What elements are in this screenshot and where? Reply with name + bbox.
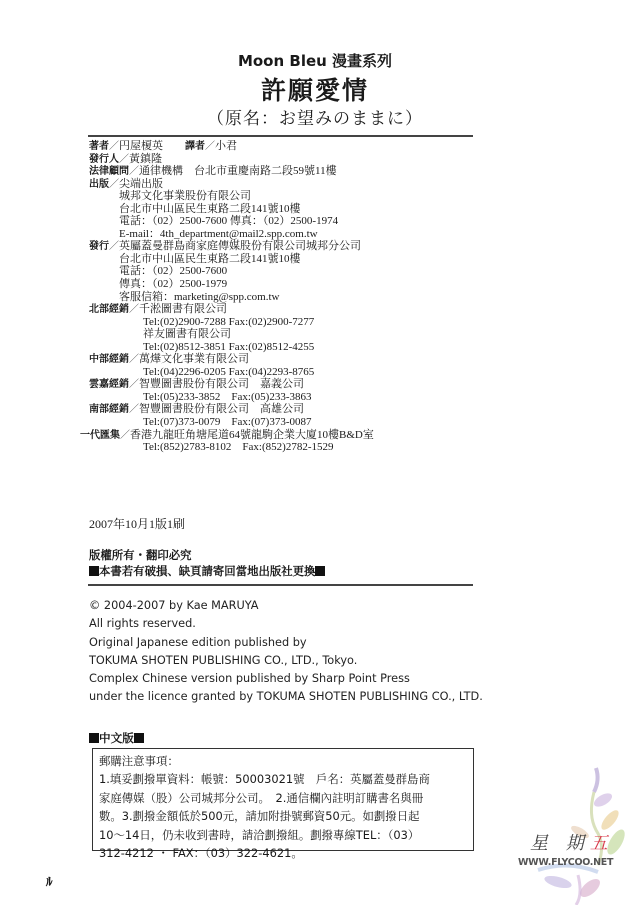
translator-name: 小君 [215,140,237,152]
distributor-line: Tel:(02)8512-3851 Fax:(02)8512-4255 [89,341,374,354]
rights-notice: 版權所有・翻印必究 本書若有破損、缺頁請寄回當地出版社更換 [89,547,325,579]
credit-distribute-row: 發行／英屬蓋曼群島商家庭傳媒股份有限公司城邦分公司 [89,240,374,253]
edition-date: 2007年10月1版1刷 [89,515,185,532]
copyright-line: © 2004-2007 by Kae MARUYA [89,597,483,615]
copyright-block: © 2004-2007 by Kae MARUYA All rights res… [89,597,483,707]
distribute-line: 傳真：（02）2500-1979 [89,278,374,291]
legal-value: 通律機構 台北市重慶南路二段59號11樓 [139,165,337,177]
notice-line: 家庭傳媒（股）公司城邦分公司。 2.通信欄內註明訂購書名與冊 [99,789,471,807]
author-label: 著者 [89,141,109,152]
credit-publish-row: 出版／尖端出版 [89,178,374,191]
distributor-line: Tel:(07)373-0079 Fax:(07)373-0087 [89,416,374,429]
separator: ／ [120,430,130,441]
distributor-line: Tel:(852)2783-8102 Fax:(852)2782-1529 [89,441,374,454]
square-bullet-icon [134,733,144,743]
distributor-name: 智豐圖書股份有限公司 高雄公司 [139,403,304,415]
distribute-line: 台北市中山區民生東路二段141號10樓 [89,253,374,266]
distributor-line: Tel:(05)233-3852 Fax:(05)233-3863 [89,391,374,404]
series-name: Moon Bleu 漫畫系列 [0,50,630,71]
middle-divider [88,584,473,586]
credit-legal-row: 法律顧問／通律機構 台北市重慶南路二段59號11樓 [89,165,374,178]
copyright-line: under the licence granted by TOKUMA SHOT… [89,688,483,706]
notice-line: 數。3.劃撥金額低於500元，請加附掛號郵資50元。如劃撥日起 [99,807,471,825]
separator: ／ [129,354,139,365]
chinese-edition-label: 中文版 [89,730,144,746]
publish-line: 電話：（02）2500-7600 傳真：（02）2500-1974 [89,215,374,228]
credit-publisher-person-row: 發行人／黃鎮隆 [89,153,374,166]
mail-order-notice: 郵購注意事項： 1.填妥劃撥單資料：帳號：50003021號 戶名：英屬蓋曼群島… [99,752,471,862]
distributor-name: 智豐圖書股份有限公司 嘉義公司 [139,378,304,390]
publish-line: 城邦文化事業股份有限公司 [89,190,374,203]
author-name: 円屋榎英 [119,140,163,152]
square-bullet-icon [89,566,99,576]
separator: ／ [129,304,139,315]
publish-email: E-mail：4th_department@mail2.spp.com.tw [89,228,374,241]
rights-line-2: 本書若有破損、缺頁請寄回當地出版社更換 [99,564,315,578]
copyright-line: Original Japanese edition published by [89,634,483,652]
watermark-chinese: 星 期五 [530,829,614,855]
notice-line: 10～14日，仍未收到書時，請洽劃撥組。劃撥專線TEL：（03） [99,826,471,844]
distributor-line: Tel:(02)2900-7288 Fax:(02)2900-7277 [89,316,374,329]
rights-line-1: 版權所有・翻印必究 [89,547,325,563]
watermark-url: WWW.FLYCOO.NET [518,857,613,868]
credits-block: 著者／円屋榎英譯者／小君 發行人／黃鎮隆 法律顧問／通律機構 台北市重慶南路二段… [89,140,374,454]
separator: ／ [109,179,119,190]
square-bullet-icon [89,733,99,743]
distributor-name: 萬燁文化事業有限公司 [139,353,249,365]
distributor-south-row: 南部經銷／智豐圖書股份有限公司 高雄公司 [89,403,374,416]
top-divider [88,135,473,137]
distributor-yunjia-row: 雲嘉經銷／智豐圖書股份有限公司 嘉義公司 [89,378,374,391]
publisher-person-label: 發行人 [89,154,119,165]
distributor-name: 千淞圖書有限公司 [139,303,227,315]
legal-label: 法律顧問 [89,166,129,177]
separator: ／ [205,141,215,152]
distributor-label: 一代匯集 [80,430,120,441]
notice-line: 1.填妥劃撥單資料：帳號：50003021號 戶名：英屬蓋曼群島商 [99,770,471,788]
notice-line: 312-4212 ・ FAX：（03）322-4621。 [99,844,471,862]
chinese-edition-text: 中文版 [99,731,134,745]
original-title: （原名：お望みのままに） [0,104,630,129]
notice-line: 郵購注意事項： [99,752,471,770]
distribute-line: 電話：（02）2500-7600 [89,265,374,278]
publish-label: 出版 [89,179,109,190]
book-title: 許願愛情 [0,71,630,107]
translator-label: 譯者 [185,141,205,152]
distributor-hk-row: 一代匯集／香港九龍旺角塘尾道64號龍駒企業大廈10樓B&D室 [80,429,374,442]
distributor-central-row: 中部經銷／萬燁文化事業有限公司 [89,353,374,366]
distributor-label: 北部經銷 [89,304,129,315]
publisher-person: 黃鎮隆 [129,153,162,165]
copyright-line: Complex Chinese version published by Sha… [89,670,483,688]
distributor-label: 南部經銷 [89,404,129,415]
distribute-email: 客服信箱：marketing@spp.com.tw [89,291,374,304]
watermark-chinese-a: 星 期 [530,833,590,854]
distributor-label: 中部經銷 [89,354,129,365]
separator: ／ [129,166,139,177]
copyright-line: TOKUMA SHOTEN PUBLISHING CO., LTD., Toky… [89,652,483,670]
distribute-value: 英屬蓋曼群島商家庭傳媒股份有限公司城邦分公司 [119,240,361,252]
copyright-line: All rights reserved. [89,615,483,633]
square-bullet-icon [315,566,325,576]
separator: ／ [109,141,119,152]
distributor-north-row: 北部經銷／千淞圖書有限公司 [89,303,374,316]
distributor-line: 祥友圖書有限公司 [89,328,374,341]
publish-value: 尖端出版 [119,178,163,190]
separator: ／ [119,154,129,165]
credit-author-row: 著者／円屋榎英譯者／小君 [89,140,374,153]
distributor-name: 香港九龍旺角塘尾道64號龍駒企業大廈10樓B&D室 [130,429,374,441]
separator: ／ [129,404,139,415]
rights-line-2-wrap: 本書若有破損、缺頁請寄回當地出版社更換 [89,563,325,579]
distributor-label: 雲嘉經銷 [89,379,129,390]
publish-line: 台北市中山區民生東路二段141號10樓 [89,203,374,216]
distributor-line: Tel:(04)2296-0205 Fax:(04)2293-8765 [89,366,374,379]
watermark-chinese-b: 五 [590,833,614,854]
distribute-label: 發行 [89,241,109,252]
separator: ／ [129,379,139,390]
page-mark: ﾙ [46,871,53,890]
separator: ／ [109,241,119,252]
